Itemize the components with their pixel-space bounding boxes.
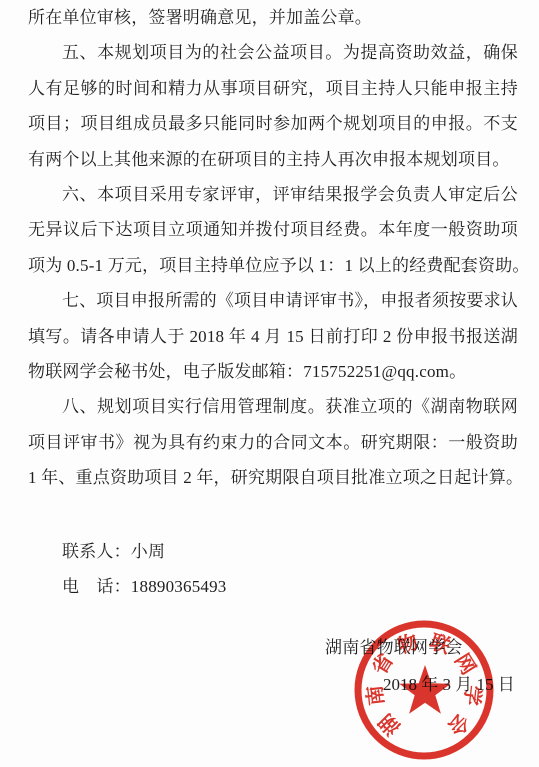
body-line: 项目评审书》视为具有约束力的合同文本。研究期限：一般资助项目 bbox=[28, 425, 518, 460]
body-line: 八、规划项目实行信用管理制度。获准立项的《湖南物联网学会 bbox=[28, 389, 518, 424]
document-body: 所在单位审核，签署明确意见，并加盖公章。 五、本规划项目为的社会公益项目。为提高… bbox=[28, 0, 518, 495]
body-line: 填写。请各申请人于 2018 年 4 月 15 日前打印 2 份申报书报送湖南省 bbox=[28, 319, 518, 354]
seal-char: 湖 bbox=[374, 709, 405, 740]
body-line: 有两个以上其他来源的在研项目的主持人再次申报本规划项目。 bbox=[28, 142, 518, 177]
body-line: 项目；项目组成员最多只能同时参加两个规划项目的申报。不支持已 bbox=[28, 106, 518, 141]
body-line: 所在单位审核，签署明确意见，并加盖公章。 bbox=[28, 0, 518, 35]
signoff-organization: 湖南省物联网学会 bbox=[325, 636, 463, 660]
seal-char: 会 bbox=[443, 709, 474, 740]
body-line: 项为 0.5-1 万元，项目主持单位应予以 1：1 以上的经费配套资助。 bbox=[28, 248, 518, 283]
body-line: 五、本规划项目为的社会公益项目。为提高资助效益，确保申请 bbox=[28, 35, 518, 70]
body-line: 物联网学会秘书处，电子版发邮箱：715752251@qq.com。 bbox=[28, 354, 518, 389]
body-line: 六、本项目采用专家评审，评审结果报学会负责人审定后公示， bbox=[28, 177, 518, 212]
document-page: 所在单位审核，签署明确意见，并加盖公章。 五、本规划项目为的社会公益项目。为提高… bbox=[0, 0, 539, 767]
signoff-date: 2018 年 3 月 15 日 bbox=[383, 673, 515, 697]
body-line: 七、项目申报所需的《项目申请评审书》，申报者须按要求认真 bbox=[28, 283, 518, 318]
contact-person-line: 联系人：小周 bbox=[28, 534, 518, 569]
body-line: 无异议后下达项目立项通知并拨付项目经费。本年度一般资助项目每 bbox=[28, 212, 518, 247]
contact-block: 联系人：小周 电 话：18890365493 bbox=[28, 534, 518, 605]
body-line: 1 年、重点资助项目 2 年，研究期限自项目批准立项之日起计算。 bbox=[28, 460, 518, 495]
body-line: 人有足够的时间和精力从事项目研究，项目主持人只能申报主持 1 个 bbox=[28, 71, 518, 106]
contact-phone-line: 电 话：18890365493 bbox=[28, 569, 518, 604]
